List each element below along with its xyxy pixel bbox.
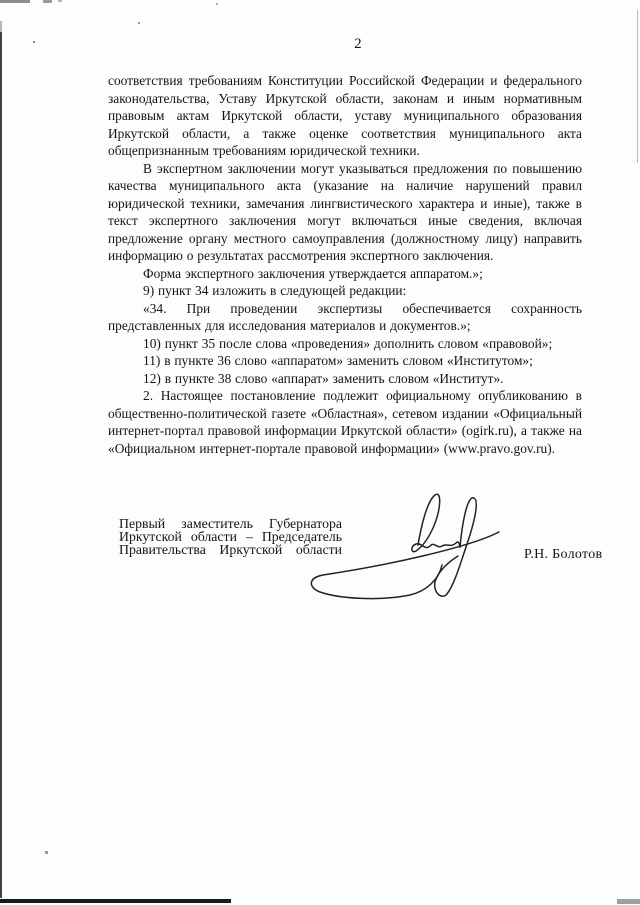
scan-speck: [138, 22, 140, 24]
body-paragraph: 12) в пункте 38 слово «аппарат» заменить…: [108, 370, 582, 388]
page-number: 2: [108, 36, 582, 53]
scan-speck: [216, 3, 218, 5]
scan-artifact: [58, 0, 62, 2]
scan-artifact: [43, 0, 52, 3]
body-paragraph: 2. Настоящее постановление подлежит офиц…: [108, 387, 582, 457]
signatory-name: Р.Н. Болотов: [524, 547, 602, 563]
scan-edge-line: [0, 32, 2, 898]
scan-artifact: [617, 899, 640, 904]
body-paragraph: «34. При проведении экспертизы обеспечив…: [108, 300, 582, 335]
body-paragraph: 10) пункт 35 после слова «проведения» до…: [108, 335, 582, 353]
body-paragraph: Форма экспертного заключения утверждаетс…: [108, 265, 582, 283]
body-paragraph: В экспертном заключении могут указыватьс…: [108, 160, 582, 265]
scan-speck: [45, 851, 48, 854]
body-paragraph: соответствия требованиям Конституции Рос…: [108, 72, 582, 160]
document-body: соответствия требованиям Конституции Рос…: [108, 72, 582, 457]
scan-edge-line: [0, 21, 2, 32]
scan-artifact: [0, 0, 30, 3]
body-paragraph: 9) пункт 34 изложить в следующей редакци…: [108, 282, 582, 300]
document-page: 2 соответствия требованиям Конституции Р…: [0, 0, 640, 905]
scan-edge-line: [0, 899, 231, 903]
scan-speck: [33, 41, 35, 43]
body-paragraph: 11) в пункте 36 слово «аппаратом» замени…: [108, 352, 582, 370]
scan-edge-line: [637, 10, 638, 163]
handwritten-signature-icon: [295, 485, 500, 605]
